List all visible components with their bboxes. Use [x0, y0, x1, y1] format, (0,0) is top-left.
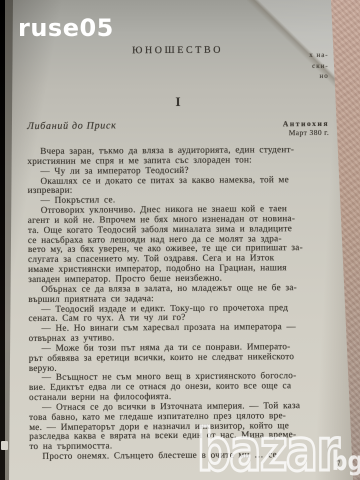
- book-page: ЮНОШЕСТВО х на- ски- но I Либаний до При…: [0, 0, 360, 480]
- paragraph: Вчера заран, тъкмо да вляза в аудиторият…: [27, 145, 329, 167]
- watermark-site-suffix: bg: [332, 450, 360, 474]
- edge-fragment: х на-: [309, 50, 329, 61]
- watermark-site-main: bazar: [197, 427, 338, 475]
- edge-fragment: ски-: [309, 60, 329, 71]
- edge-fragment: но: [309, 71, 329, 82]
- dateline-place-block: Антиохия Март 380 г.: [283, 119, 329, 137]
- paragraph: — Всъщност не съм много вещ в християнск…: [29, 371, 331, 403]
- paragraph: — Може би този път няма да ти се понрави…: [29, 342, 331, 374]
- dateline-date: Март 380 г.: [283, 128, 329, 137]
- chapter-numeral: I: [27, 94, 329, 110]
- chapter-dateline: Либаний до Приск Антиохия Март 380 г.: [27, 119, 329, 139]
- paragraph: Отговорих уклончиво. Днес никога не знае…: [28, 204, 331, 285]
- printed-content: ЮНОШЕСТВО х на- ски- но I Либаний до При…: [27, 44, 332, 462]
- adjacent-page-sliver: [1, 441, 8, 450]
- book-section-title: ЮНОШЕСТВО: [27, 44, 329, 58]
- edge-text-fragments: х на- ски- но: [309, 50, 329, 82]
- watermark-site-logo: bazar bg: [197, 427, 360, 475]
- body-text: Вчера заран, тъкмо да вляза в аудиторият…: [27, 145, 331, 462]
- watermark-seller-name: ruse05: [18, 16, 114, 40]
- paragraph: Окашлях се и докато се питах за какво на…: [27, 174, 329, 196]
- letter-salutation: Либаний до Приск: [27, 120, 116, 132]
